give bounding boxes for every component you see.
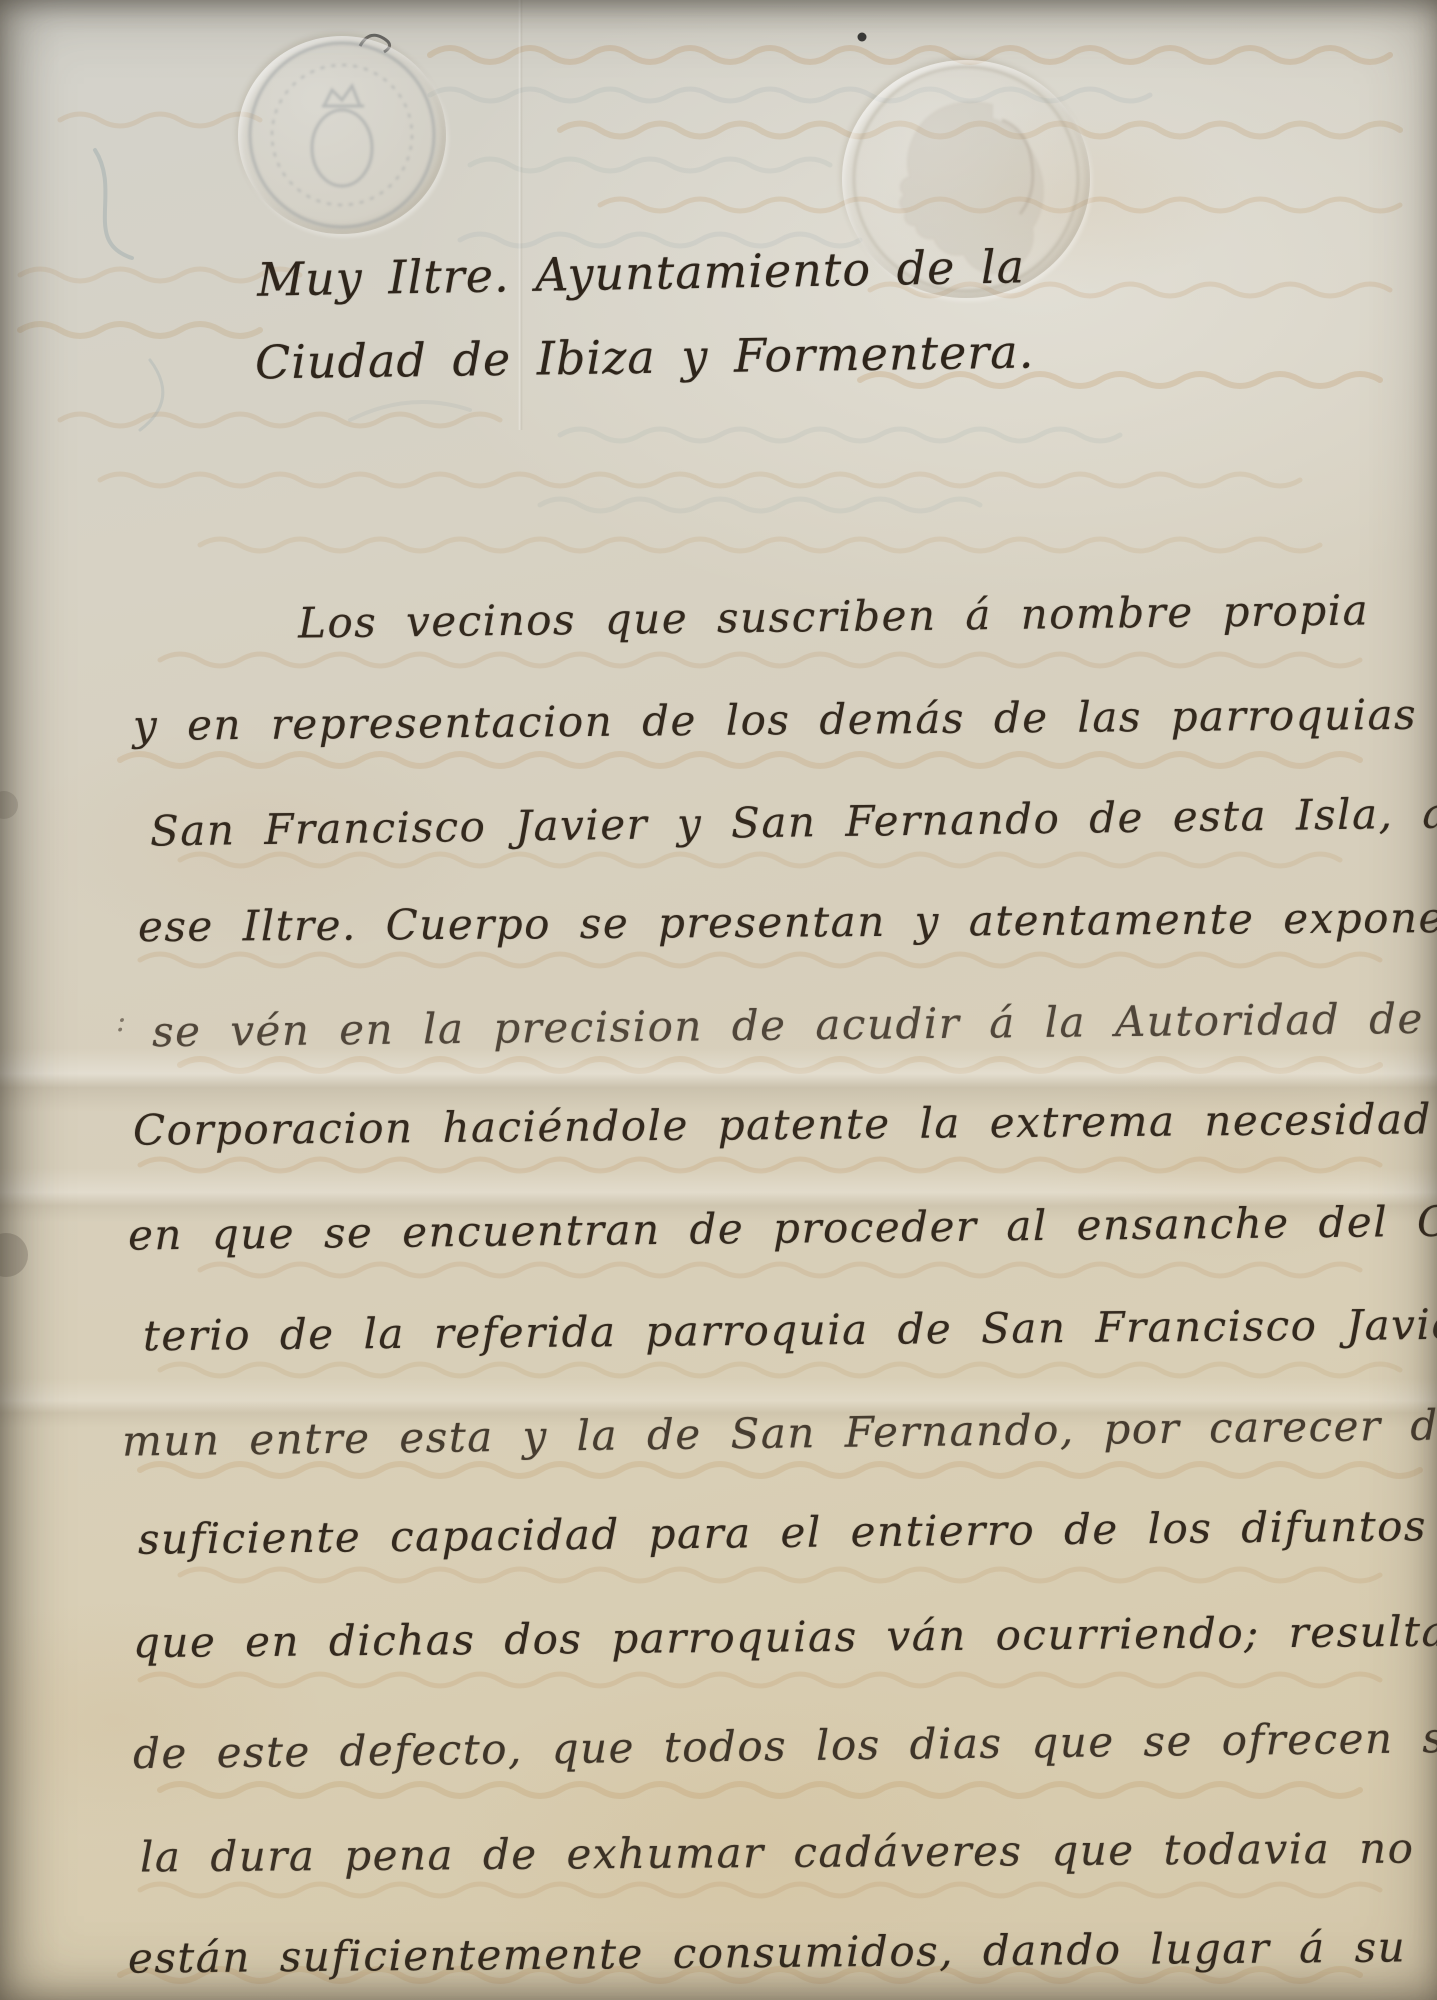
- manuscript-page: Muy Iltre. Ayuntamiento de la Ciudad de …: [0, 0, 1437, 2000]
- body-line: y en representacion de los demás de las …: [133, 689, 1437, 750]
- embossed-crown-seal-icon: [238, 36, 446, 234]
- margin-mark: :: [116, 1004, 126, 1039]
- body-line: están suficientemente consumidos, dando …: [128, 1922, 1407, 1982]
- body-line: de este defecto, que todos los dias que …: [133, 1711, 1437, 1778]
- body-line: Los vecinos que suscriben á nombre propi…: [298, 585, 1370, 647]
- body-line: la dura pena de exhumar cadáveres que to…: [140, 1824, 1415, 1882]
- body-line: ese Iltre. Cuerpo se presentan y atentam…: [138, 892, 1437, 951]
- body-line: se vén en la precision de acudir á la Au…: [152, 993, 1437, 1056]
- heading-line: Ciudad de Ibiza y Formentera.: [255, 325, 1035, 390]
- body-line: en que se encuentran de proceder al ensa…: [128, 1195, 1437, 1259]
- heading-line: Muy Iltre. Ayuntamiento de la: [257, 239, 1026, 306]
- body-line: que en dichas dos parroquias ván ocurrie…: [133, 1606, 1437, 1667]
- body-line: San Francisco Javier y San Fernando de e…: [150, 787, 1437, 855]
- body-line: suficiente capacidad para el entierro de…: [138, 1501, 1427, 1563]
- body-line: mun entre esta y la de San Fernando, por…: [122, 1399, 1437, 1465]
- body-line: Corporacion haciéndole patente la extrem…: [133, 1094, 1432, 1154]
- body-line: terio de la referida parroquia de San Fr…: [143, 1299, 1437, 1360]
